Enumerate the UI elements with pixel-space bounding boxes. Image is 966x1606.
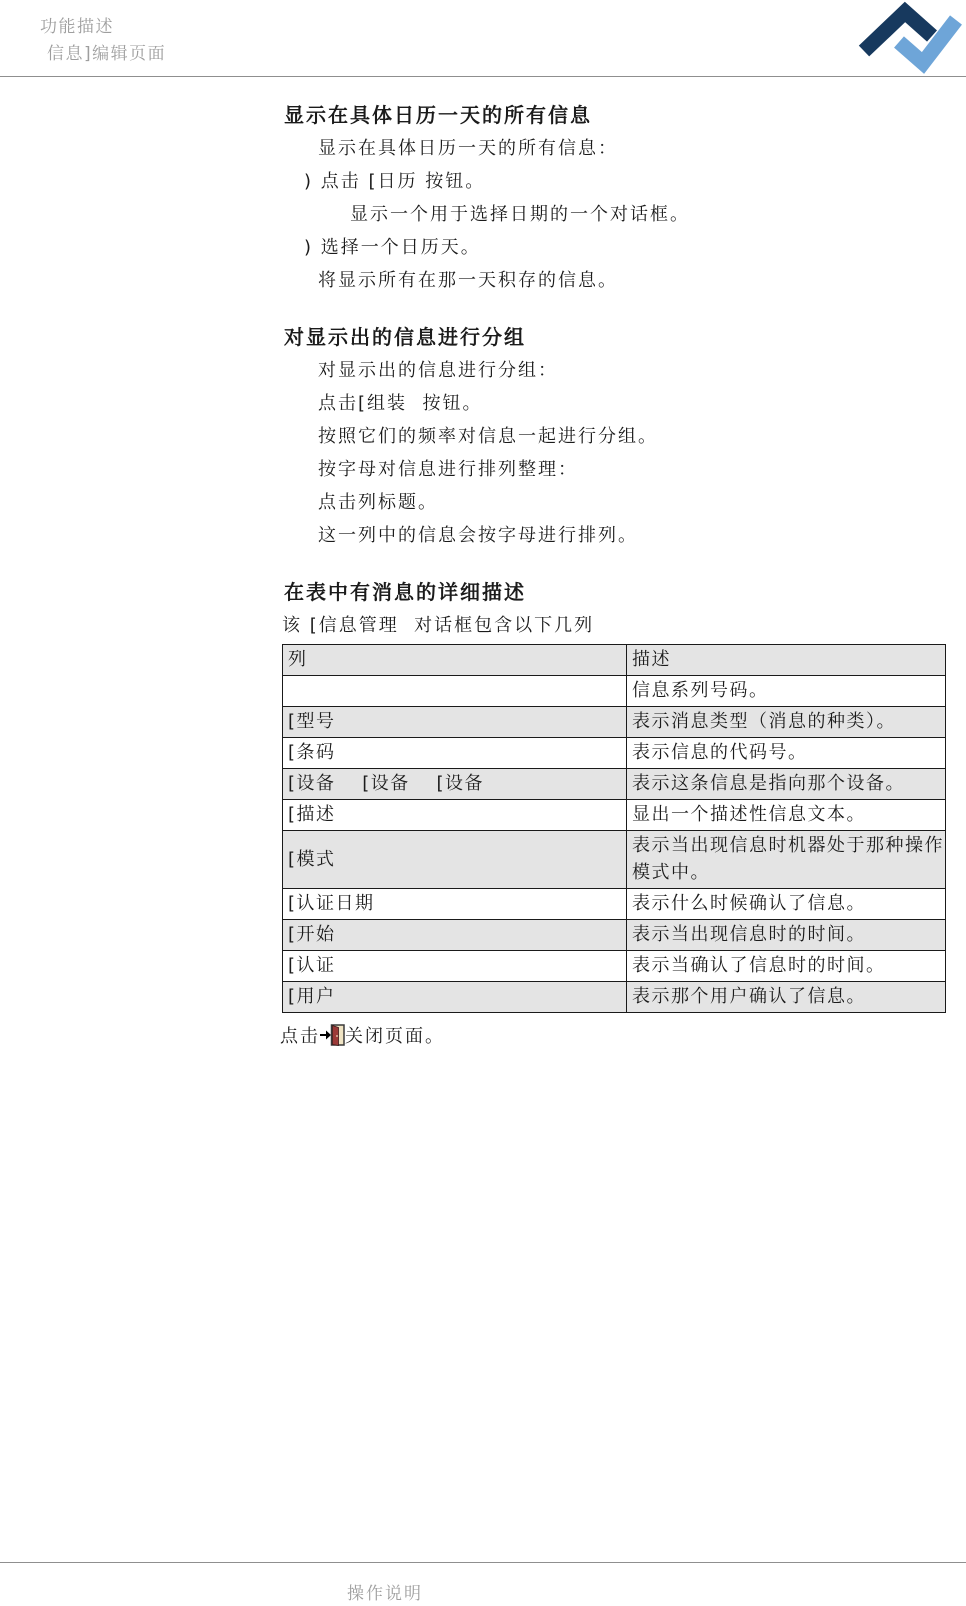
column-name-cell	[283, 676, 627, 707]
column-desc-cell: 表示那个用户确认了信息。	[627, 982, 946, 1013]
column-desc-cell: 表示什么时候确认了信息。	[627, 889, 946, 920]
table-row: [条码 表示信息的代码号。	[283, 738, 946, 769]
column-name-cell: [型号	[283, 707, 627, 738]
table-header-cell: 列	[283, 645, 627, 676]
column-name-cell: [条码	[283, 738, 627, 769]
column-desc-cell: 表示消息类型（消息的种类）。	[627, 707, 946, 738]
table-row: [开始 表示当出现信息时的时间。	[283, 920, 946, 951]
column-desc-cell: 表示当出现信息时的时间。	[627, 920, 946, 951]
section-heading: 显示在具体日历一天的所有信息	[284, 98, 952, 132]
paragraph-line: 点击列标题。	[318, 486, 952, 519]
paragraph-line: 对显示出的信息进行分组：	[318, 354, 952, 387]
column-desc-cell: 表示当确认了信息时的时间。	[627, 951, 946, 982]
column-desc-cell: 表示当出现信息时机器处于那种操作模式中。	[627, 831, 946, 889]
footer-divider	[0, 1562, 966, 1563]
column-name-cell: [开始	[283, 920, 627, 951]
table-row: [设备 [设备 [设备 表示这条信息是指向那个设备。	[283, 769, 946, 800]
column-name-cell: [认证	[283, 951, 627, 982]
table-row: [用户 表示那个用户确认了信息。	[283, 982, 946, 1013]
table-row: 信息系列号码。	[283, 676, 946, 707]
table-row: [描述 显出一个描述性信息文本。	[283, 800, 946, 831]
double-checkmark-logo-icon	[856, 2, 962, 66]
column-desc-cell: 信息系列号码。	[627, 676, 946, 707]
table-header-row: 列 描述	[283, 645, 946, 676]
table-row: [模式 表示当出现信息时机器处于那种操作模式中。	[283, 831, 946, 889]
column-name-cell: [用户	[283, 982, 627, 1013]
table-header-cell: 描述	[627, 645, 946, 676]
closing-suffix: 关闭页面。	[345, 1026, 445, 1047]
columns-description-table: 列 描述 信息系列号码。 [型号 表示消息类型（消息的种类）。 [条码 表示信息…	[282, 644, 946, 1013]
closing-prefix: 点击	[280, 1026, 320, 1047]
paragraph-line: 点击[组装 按钮。	[318, 387, 952, 420]
column-desc-cell: 显出一个描述性信息文本。	[627, 800, 946, 831]
paragraph-line: 这一列中的信息会按字母进行排列。	[318, 519, 952, 552]
step-line: ) 点击 [日历 按钮。	[304, 165, 952, 198]
section-heading: 对显示出的信息进行分组	[284, 320, 952, 354]
column-name-cell: [描述	[283, 800, 627, 831]
column-desc-cell: 表示信息的代码号。	[627, 738, 946, 769]
paragraph-line: 显示在具体日历一天的所有信息：	[318, 132, 952, 165]
table-row: [型号 表示消息类型（消息的种类）。	[283, 707, 946, 738]
paragraph-line: 按照它们的频率对信息一起进行分组。	[318, 420, 952, 453]
paragraph-line: 将显示所有在那一天积存的信息。	[318, 264, 952, 297]
header-chapter-title: 功能描述	[40, 12, 114, 37]
step-line: ) 选择一个日历天。	[304, 231, 952, 264]
column-name-cell: [模式	[283, 831, 627, 889]
content-column: 显示在具体日历一天的所有信息 显示在具体日历一天的所有信息： ) 点击 [日历 …	[280, 77, 952, 1053]
paragraph-line: 按字母对信息进行排列整理：	[318, 453, 952, 486]
table-row: [认证 表示当确认了信息时的时间。	[283, 951, 946, 982]
exit-door-icon	[320, 1024, 345, 1046]
column-name-cell: [设备 [设备 [设备	[283, 769, 627, 800]
manual-page: 功能描述 信息]编辑页面 显示在具体日历一天的所有信息 显示在具体日历一天的所有…	[0, 0, 966, 1606]
column-name-cell: [认证日期	[283, 889, 627, 920]
closing-line: 点击关闭页面。	[280, 1020, 952, 1053]
section-heading: 在表中有消息的详细描述	[284, 575, 952, 609]
table-row: [认证日期 表示什么时候确认了信息。	[283, 889, 946, 920]
result-line: 显示一个用于选择日期的一个对话框。	[350, 198, 952, 231]
header-page-title: 信息]编辑页面	[47, 39, 166, 64]
footer-label: 操作说明	[347, 1579, 423, 1604]
paragraph-line: 该 [信息管理 对话框包含以下几列	[282, 609, 952, 642]
column-desc-cell: 表示这条信息是指向那个设备。	[627, 769, 946, 800]
